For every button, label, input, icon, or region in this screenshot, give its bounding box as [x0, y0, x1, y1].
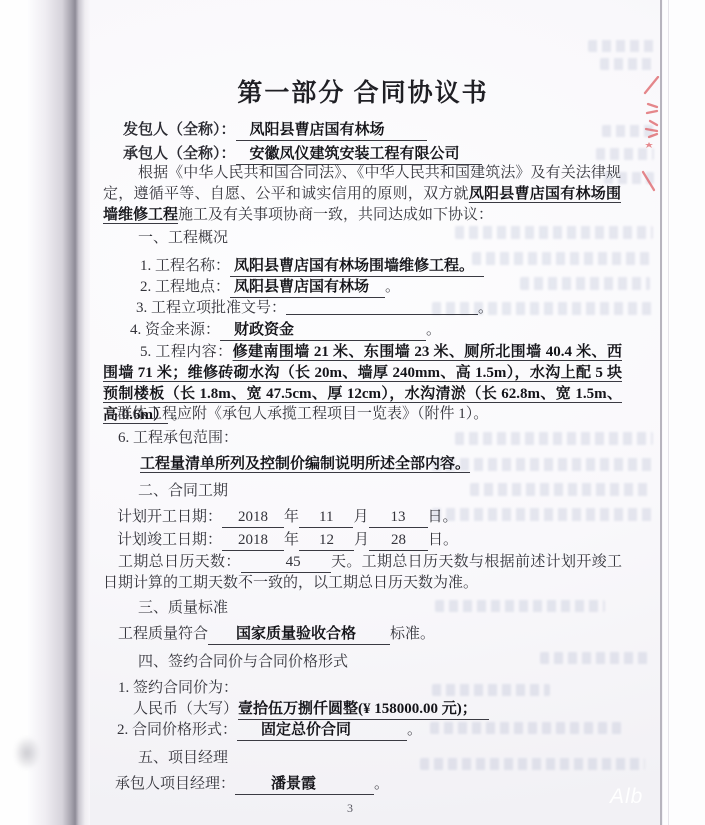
bleedthrough-artifact: [520, 277, 650, 290]
scan-left-margin: [0, 0, 28, 825]
contract-scope-value-line: 工程量清单所列及控制价编制说明所述全部内容。: [140, 454, 470, 475]
price-form-suffix: 。: [407, 722, 422, 738]
watermark: Alb: [610, 785, 643, 809]
end-day-value: 28: [369, 532, 428, 551]
contractor-label: 承包人（全称）：: [123, 146, 236, 162]
group-project-note: 群体工程应附《承包人承揽工程项目一览表》（附件 1）。: [117, 404, 488, 425]
section3-heading: 三、质量标准: [138, 598, 228, 619]
project-name-value: 凤阳县曹店国有林场围墙维修工程。: [230, 258, 484, 277]
employer-value: 凤阳县曹店国有林场: [236, 122, 427, 141]
approval-number-suffix: 。: [478, 300, 493, 316]
project-name-label: 1. 工程名称：: [140, 258, 230, 274]
project-location-label: 2. 工程地点：: [140, 279, 230, 295]
section4-heading: 四、签约合同价与合同价格形式: [138, 652, 348, 673]
start-date-label: 计划开工日期：: [117, 509, 222, 525]
month-unit: 月: [353, 509, 368, 525]
quality-line: 工程质量符合国家质量验收合格标准。: [118, 624, 435, 645]
end-date-label: 计划竣工日期：: [117, 532, 222, 548]
preamble-paragraph: 根据《中华人民共和国合同法》、《中华人民共和国建筑法》及有关法律规定，遵循平等、…: [103, 163, 621, 226]
project-name-line: 1. 工程名称：凤阳县曹店国有林场围墙维修工程。: [140, 256, 484, 277]
price-form-label: 2. 合同价格形式：: [117, 722, 237, 738]
duration-value: 45: [241, 554, 331, 573]
preamble-after: 施工及有关事项协商一致，共同达成如下协议：: [178, 207, 493, 223]
project-manager-line: 承包人项目经理：潘景霞。: [115, 774, 389, 795]
approval-number-line: 3. 工程立项批准文号：。: [136, 298, 493, 319]
funding-source-label: 4. 资金来源：: [130, 322, 220, 338]
bleedthrough-artifact: [588, 40, 654, 52]
page-number: 3: [250, 801, 450, 816]
contract-price-intro: 1. 签约合同价为：: [118, 678, 238, 699]
scan-smudge: [14, 736, 40, 770]
document-title: 第一部分 合同协议书: [103, 79, 623, 109]
duration-label: 工期总日历天数：: [118, 554, 241, 570]
price-form-line: 2. 合同价格形式：固定总价合同。: [117, 720, 422, 741]
section2-heading: 二、合同工期: [138, 481, 228, 502]
duration-paragraph: 工期总日历天数：45天。工期总日历天数与根据前述计划开竣工日期计算的工期天数不一…: [103, 552, 622, 594]
funding-source-value: 财政资金: [220, 322, 426, 341]
employer-line: 发包人（全称）：凤阳县曹店国有林场: [123, 120, 427, 141]
contract-price-value: 壹拾伍万捌仟圆整(¥ 158000.00 元)；: [238, 701, 489, 720]
approval-number-blank-field: [286, 299, 478, 315]
year-unit: 年: [284, 509, 299, 525]
employer-label: 发包人（全称）：: [123, 122, 236, 138]
bleedthrough-artifact: [472, 252, 650, 265]
scan-right-margin: [663, 0, 705, 825]
bleedthrough-artifact: [432, 508, 652, 521]
quality-label: 工程质量符合: [118, 626, 208, 642]
contract-scope-value: 工程量清单所列及控制价编制说明所述全部内容。: [140, 456, 470, 472]
seal-star-icon: [645, 142, 653, 148]
bleedthrough-artifact: [420, 758, 645, 770]
contract-price-label: 人民币（大写）: [133, 701, 238, 717]
quality-suffix: 标准。: [390, 626, 435, 642]
project-manager-suffix: 。: [374, 776, 389, 792]
section1-heading: 一、工程概况: [138, 228, 228, 249]
quality-value: 国家质量验收合格: [208, 626, 390, 645]
bleedthrough-artifact: [600, 58, 654, 70]
bleedthrough-artifact: [540, 652, 652, 664]
project-location-line: 2. 工程地点：凤阳县曹店国有林场。: [140, 277, 400, 298]
red-seal-stamp: [636, 76, 662, 192]
start-day-value: 13: [369, 509, 428, 528]
bleedthrough-artifact: [435, 600, 605, 612]
start-date-line: 计划开工日期：2018年11月13日。: [117, 507, 458, 528]
project-manager-value: 潘景霞: [235, 776, 374, 795]
scanned-contract-page: 第一部分 合同协议书 发包人（全称）：凤阳县曹店国有林场 承包人（全称）：安徽凤…: [0, 0, 705, 825]
funding-source-suffix: 。: [426, 322, 441, 338]
funding-source-line: 4. 资金来源：财政资金。: [130, 320, 441, 341]
month-unit: 月: [354, 532, 369, 548]
start-month-value: 11: [299, 509, 353, 528]
contract-price-line: 人民币（大写）壹拾伍万捌仟圆整(¥ 158000.00 元)；: [133, 699, 489, 720]
end-date-line: 计划竣工日期：2018年12月28日。: [117, 530, 458, 551]
page-right-edge-highlight: [668, 0, 669, 825]
bleedthrough-artifact: [455, 226, 653, 239]
contractor-line: 承包人（全称）：安徽凤仪建筑安装工程有限公司: [123, 144, 482, 165]
day-unit: 日。: [428, 532, 458, 548]
project-location-value: 凤阳县曹店国有林场: [230, 279, 385, 298]
bleedthrough-artifact: [455, 432, 653, 445]
start-year-value: 2018: [222, 509, 284, 528]
section5-heading: 五、项目经理: [138, 748, 228, 769]
project-manager-label: 承包人项目经理：: [115, 776, 235, 792]
bleedthrough-artifact: [432, 684, 550, 696]
approval-number-label: 3. 工程立项批准文号：: [136, 300, 286, 316]
price-form-value: 固定总价合同: [237, 722, 407, 741]
contract-scope-label: 6. 工程承包范围：: [118, 428, 238, 449]
end-month-value: 12: [299, 532, 354, 551]
project-content-label: 5. 工程内容：: [140, 344, 233, 360]
year-unit: 年: [284, 532, 299, 548]
book-fold-shadow: [28, 0, 90, 825]
day-unit: 日。: [428, 509, 458, 525]
bleedthrough-artifact: [430, 722, 625, 734]
project-location-suffix: 。: [385, 279, 400, 295]
bleedthrough-artifact: [470, 483, 652, 496]
end-year-value: 2018: [222, 532, 284, 551]
